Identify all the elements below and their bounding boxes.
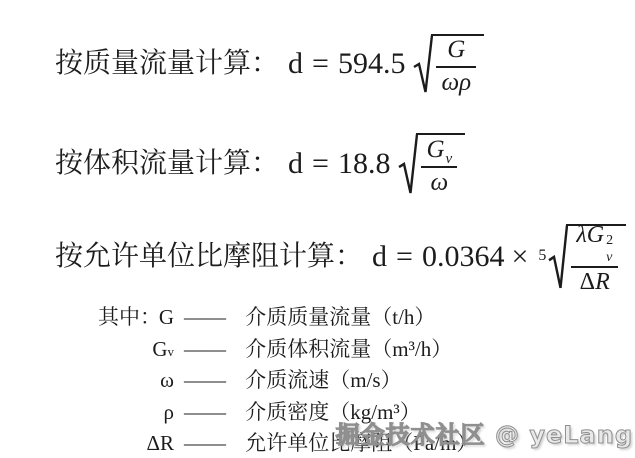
formula-label: 按允许单位比摩阻计算： xyxy=(55,243,363,271)
definition-symbol: Gv xyxy=(98,334,174,368)
numerator-subscript: v xyxy=(606,251,612,265)
numerator-subscript: v xyxy=(446,152,453,168)
coefficient: 18.8 xyxy=(338,149,391,179)
formula-volume-flow: 按体积流量计算： d = 18.8 G v ω xyxy=(55,126,465,202)
formula-friction-resistance: 按允许单位比摩阻计算： d = 0.0364 × 5 λ G 2 v xyxy=(55,219,626,295)
square-root: G ωρ xyxy=(413,34,484,94)
equals-sign: = xyxy=(396,242,413,272)
definition-symbol: ρ xyxy=(98,397,174,431)
document-page: 按质量流量计算： d = 594.5 G ωρ 按体积流量计算： d = 18.… xyxy=(0,0,635,458)
definition-dash: —— xyxy=(184,431,226,455)
definition-dash: —— xyxy=(184,337,226,361)
sup-sub-stack: 2 v xyxy=(606,234,613,265)
definition-symbol: ΔR xyxy=(98,428,174,458)
root-index: 5 xyxy=(538,248,546,264)
equals-sign: = xyxy=(312,149,329,179)
definition-dash: —— xyxy=(184,400,226,424)
radical-sign-icon xyxy=(548,224,568,290)
radical-sign-icon xyxy=(398,133,418,195)
radicand: G ωρ xyxy=(431,34,484,94)
radical-sign-icon xyxy=(413,34,433,94)
definition-row: ω —— 介质流速（m/s） xyxy=(98,365,477,397)
numerator-superscript: 2 xyxy=(606,234,613,248)
coefficient: 0.0364 xyxy=(422,242,505,272)
coefficient: 594.5 xyxy=(338,49,406,79)
variable-d: d xyxy=(372,242,387,272)
definition-dash: —— xyxy=(184,368,226,392)
equals-sign: = xyxy=(312,49,329,79)
fraction: G v ω xyxy=(421,137,457,196)
multiplication-sign: × xyxy=(511,242,528,272)
denominator: ωρ xyxy=(441,70,471,96)
delta-symbol: Δ xyxy=(580,270,595,295)
variable-d: d xyxy=(288,149,303,179)
denominator: ω xyxy=(430,170,448,196)
definition-text: 介质质量流量（t/h） xyxy=(245,305,435,329)
definition-symbol: G xyxy=(98,302,174,336)
fraction: G ωρ xyxy=(436,37,476,96)
radicand: G v ω xyxy=(416,133,465,195)
variable-d: d xyxy=(288,49,303,79)
definition-text: 介质流速（m/s） xyxy=(245,368,401,392)
denominator-variable: R xyxy=(595,270,610,295)
definition-row: 其中： G —— 介质质量流量（t/h） xyxy=(98,302,477,334)
formula-label: 按体积流量计算： xyxy=(55,150,279,178)
watermark: 掘金技术社区 @ yeLang xyxy=(336,415,633,450)
numerator-base: G xyxy=(426,137,444,163)
numerator: G xyxy=(447,37,465,63)
lambda-symbol: λ xyxy=(576,223,586,248)
formula-mass-flow: 按质量流量计算： d = 594.5 G ωρ xyxy=(55,28,484,100)
fraction: λ G 2 v Δ R xyxy=(571,223,618,295)
square-root: G v ω xyxy=(398,133,465,195)
definition-symbol: ω xyxy=(98,365,174,399)
formula-label: 按质量流量计算： xyxy=(55,50,279,78)
radicand: λ G 2 v Δ R xyxy=(566,224,626,290)
numerator-base: G xyxy=(587,223,604,248)
fifth-root: 5 λ G 2 v Δ R xyxy=(548,224,626,290)
definition-dash: —— xyxy=(184,305,226,329)
definition-row: Gv —— 介质体积流量（m³/h） xyxy=(98,334,477,366)
definition-text: 介质体积流量（m³/h） xyxy=(245,337,452,361)
